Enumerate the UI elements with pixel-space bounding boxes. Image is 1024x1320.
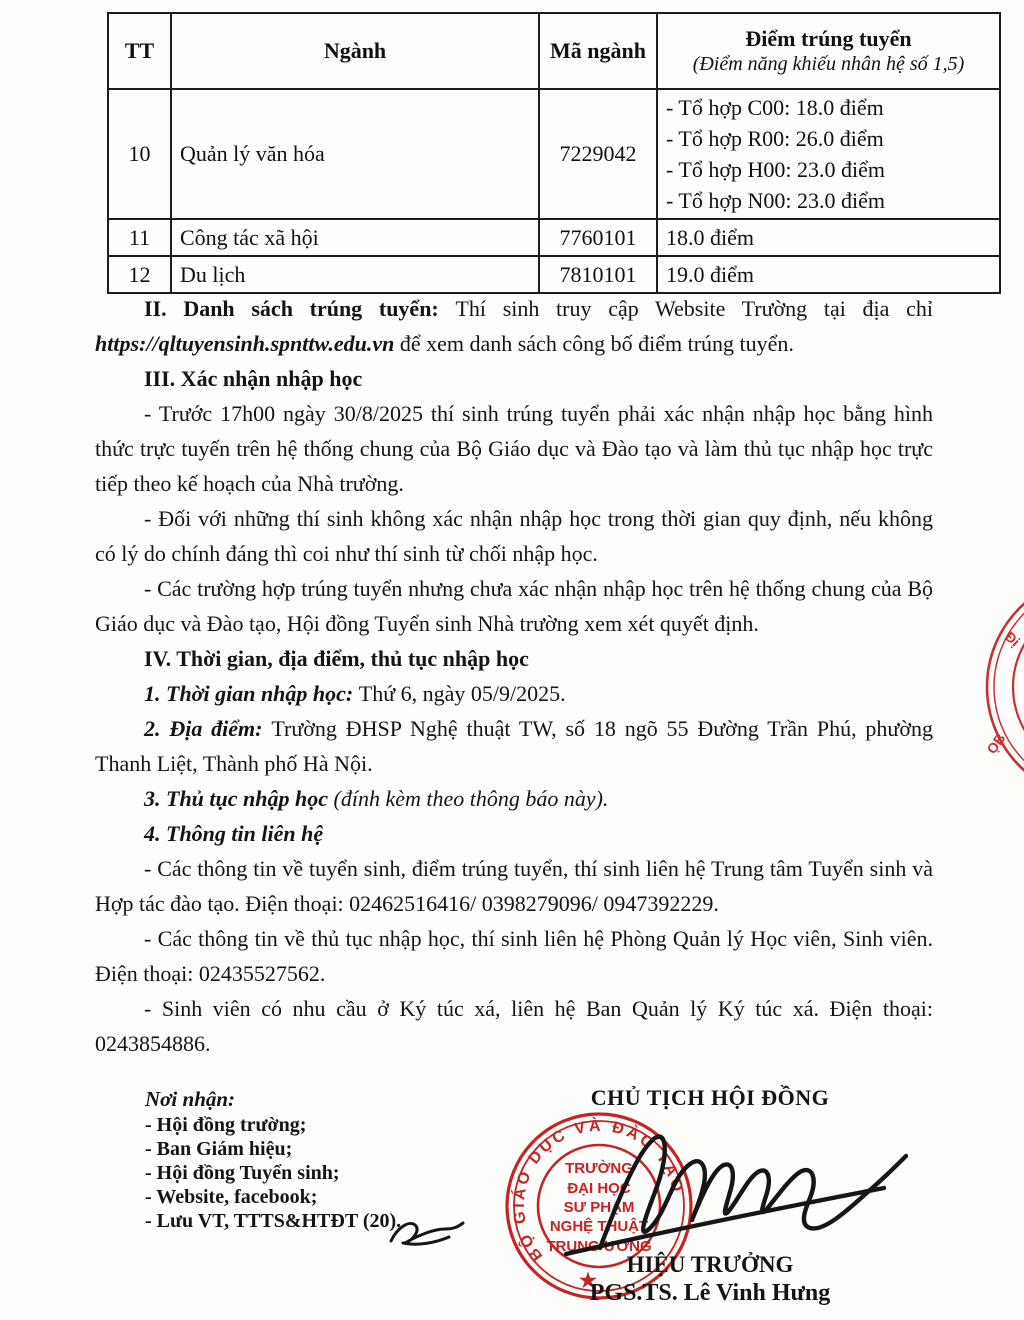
- diem-line: - Tổ hợp R00: 26.0 điểm: [666, 123, 991, 154]
- cell-ma: 7810101: [539, 256, 657, 293]
- recipient-item: - Ban Giám hiệu;: [145, 1137, 465, 1161]
- cell-diem: - Tổ hợp C00: 18.0 điểm - Tổ hợp R00: 26…: [657, 89, 1000, 219]
- time-value: Thứ 6, ngày 05/9/2025.: [359, 681, 566, 706]
- table-row: 12 Du lịch 7810101 19.0 điểm: [108, 256, 1000, 293]
- chairman-signature: [540, 1115, 920, 1265]
- table-row: 10 Quản lý văn hóa 7229042 - Tổ hợp C00:…: [108, 89, 1000, 219]
- section-ii-text2: để xem danh sách công bố điểm trúng tuyể…: [394, 331, 794, 356]
- cell-tt: 11: [108, 219, 171, 256]
- edge-stamp-fragment-top: Đị: [1002, 628, 1023, 649]
- table-header-row: TT Ngành Mã ngành Điểm trúng tuyển (Điểm…: [108, 13, 1000, 89]
- diem-line: - Tổ hợp C00: 18.0 điểm: [666, 92, 991, 123]
- edge-stamp-outer-circle: [987, 583, 1024, 795]
- procedure-label: 3. Thủ tục nhập học: [144, 786, 334, 811]
- chairman-title: CHỦ TỊCH HỘI ĐỒNG: [555, 1085, 865, 1111]
- paragraph-time: 1. Thời gian nhập học: Thứ 6, ngày 05/9/…: [95, 676, 933, 711]
- recipient-item: - Hội đồng Tuyển sinh;: [145, 1161, 465, 1185]
- col-header-diem-title: Điểm trúng tuyển: [666, 26, 991, 52]
- table-row: 11 Công tác xã hội 7760101 18.0 điểm: [108, 219, 1000, 256]
- paragraph-section-ii: II. Danh sách trúng tuyển: Thí sinh truy…: [95, 291, 933, 361]
- cell-tt: 12: [108, 256, 171, 293]
- time-label: 1. Thời gian nhập học:: [144, 681, 359, 706]
- col-header-tt: TT: [108, 13, 171, 89]
- edge-stamp-inner-circle: [1013, 601, 1024, 773]
- initial-stroke: [391, 1223, 463, 1244]
- col-header-diem: Điểm trúng tuyển (Điểm năng khiếu nhân h…: [657, 13, 1000, 89]
- diem-line: - Tổ hợp N00: 23.0 điểm: [666, 185, 991, 216]
- col-header-nganh: Ngành: [171, 13, 539, 89]
- col-header-diem-note: (Điểm năng khiếu nhân hệ số 1,5): [666, 52, 991, 76]
- recipient-item: - Hội đồng trường;: [145, 1113, 465, 1137]
- procedure-note: (đính kèm theo thông báo này).: [334, 786, 609, 811]
- diem-line: - Tổ hợp H00: 23.0 điểm: [666, 154, 991, 185]
- signer-name: PGS.TS. Lê Vinh Hưng: [545, 1280, 875, 1307]
- cell-nganh: Quản lý văn hóa: [171, 89, 539, 219]
- rector-title: HIỆU TRƯỞNG: [555, 1252, 865, 1278]
- admission-score-table: TT Ngành Mã ngành Điểm trúng tuyển (Điểm…: [107, 12, 1001, 294]
- paragraph-confirm-deadline: - Trước 17h00 ngày 30/8/2025 thí sinh tr…: [95, 396, 933, 501]
- paragraph-pending-cases: - Các trường hợp trúng tuyển nhưng chưa …: [95, 571, 933, 641]
- edge-stamp-middle-circle: [994, 583, 1024, 792]
- cell-tt: 10: [108, 89, 171, 219]
- paragraph-contact-dorm: - Sinh viên có nhu cầu ở Ký túc xá, liên…: [95, 991, 933, 1061]
- paragraph-contact-admission: - Các thông tin về tuyển sinh, điểm trún…: [95, 851, 933, 921]
- partial-edge-stamp: Đị ỌB: [984, 583, 1024, 795]
- section-ii-label: II. Danh sách trúng tuyển:: [144, 296, 455, 321]
- cell-diem: 18.0 điểm: [657, 219, 1000, 256]
- cell-ma: 7229042: [539, 89, 657, 219]
- col-header-ma: Mã ngành: [539, 13, 657, 89]
- cell-ma: 7760101: [539, 219, 657, 256]
- paragraph-location: 2. Địa điểm: Trường ĐHSP Nghệ thuật TW, …: [95, 711, 933, 781]
- document-page: TT Ngành Mã ngành Điểm trúng tuyển (Điểm…: [0, 0, 1024, 1320]
- recipient-item: - Website, facebook;: [145, 1185, 465, 1209]
- paragraph-procedure: 3. Thủ tục nhập học (đính kèm theo thông…: [95, 781, 933, 816]
- clerk-initial-signature: [383, 1210, 467, 1252]
- section-ii-text1: Thí sinh truy cập Website Trường tại địa…: [455, 296, 933, 321]
- cell-diem: 19.0 điểm: [657, 256, 1000, 293]
- location-label: 2. Địa điểm:: [144, 716, 271, 741]
- section-iv-heading: IV. Thời gian, địa điểm, thủ tục nhập họ…: [95, 641, 933, 676]
- paragraph-no-confirm: - Đối với những thí sinh không xác nhận …: [95, 501, 933, 571]
- document-body: II. Danh sách trúng tuyển: Thí sinh truy…: [95, 291, 933, 1061]
- cell-nganh: Du lịch: [171, 256, 539, 293]
- contact-heading: 4. Thông tin liên hệ: [95, 816, 933, 851]
- paragraph-contact-enrollment: - Các thông tin về thủ tục nhập học, thí…: [95, 921, 933, 991]
- recipients-title: Nơi nhận:: [145, 1087, 465, 1111]
- cell-nganh: Công tác xã hội: [171, 219, 539, 256]
- section-iii-heading: III. Xác nhận nhập học: [95, 361, 933, 396]
- website-url: https://qltuyensinh.spnttw.edu.vn: [95, 331, 394, 356]
